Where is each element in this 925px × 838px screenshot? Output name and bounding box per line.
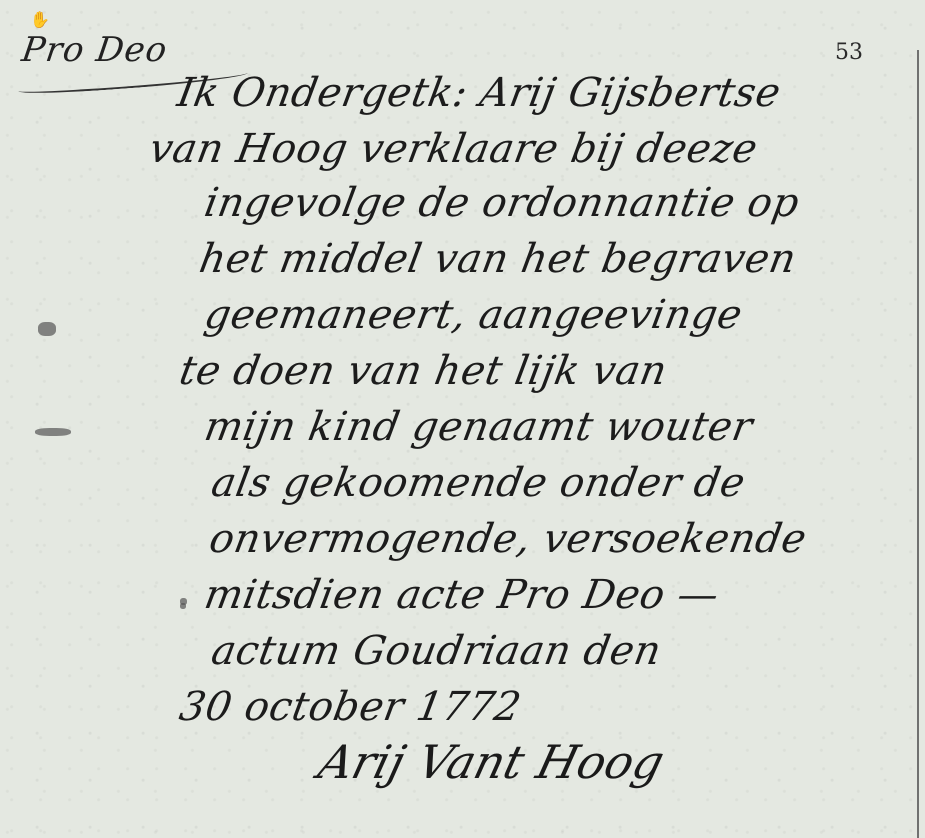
text-line-3: ingevolge de ordonnantie op [201,180,803,226]
text-line-11: actum Goudriaan den [208,628,665,674]
ink-blot [180,603,186,609]
text-line-2: van Hoog verklaare bij deeze [146,126,761,172]
text-line-10: mitsdien acte Pro Deo — [201,572,723,618]
ink-blot [38,322,56,336]
hand-cursor-icon: ✋ [30,10,48,30]
text-line-5: geemaneert, aangeevinge [201,292,746,338]
text-line-6: te doen van het lijk van [176,348,671,394]
text-line-1: Ik Ondergetk: Arij Gijsbertse [174,70,784,116]
document-heading: Pro Deo [19,30,170,70]
text-line-8: als gekoomende onder de [208,460,749,506]
text-line-12: 30 october 1772 [176,684,525,730]
document-page: ✋ Pro Deo 53 Ik Ondergetk: Arij Gijsbert… [0,0,925,838]
signature: Arij Vant Hoog [313,735,669,789]
ink-blot [35,428,71,436]
text-line-7: mijn kind genaamt wouter [201,404,756,450]
page-edge-line [917,50,919,838]
text-line-4: het middel van het begraven [196,236,800,282]
page-number: 53 [835,40,863,65]
text-line-9: onvermogende, versoekende [206,516,810,562]
